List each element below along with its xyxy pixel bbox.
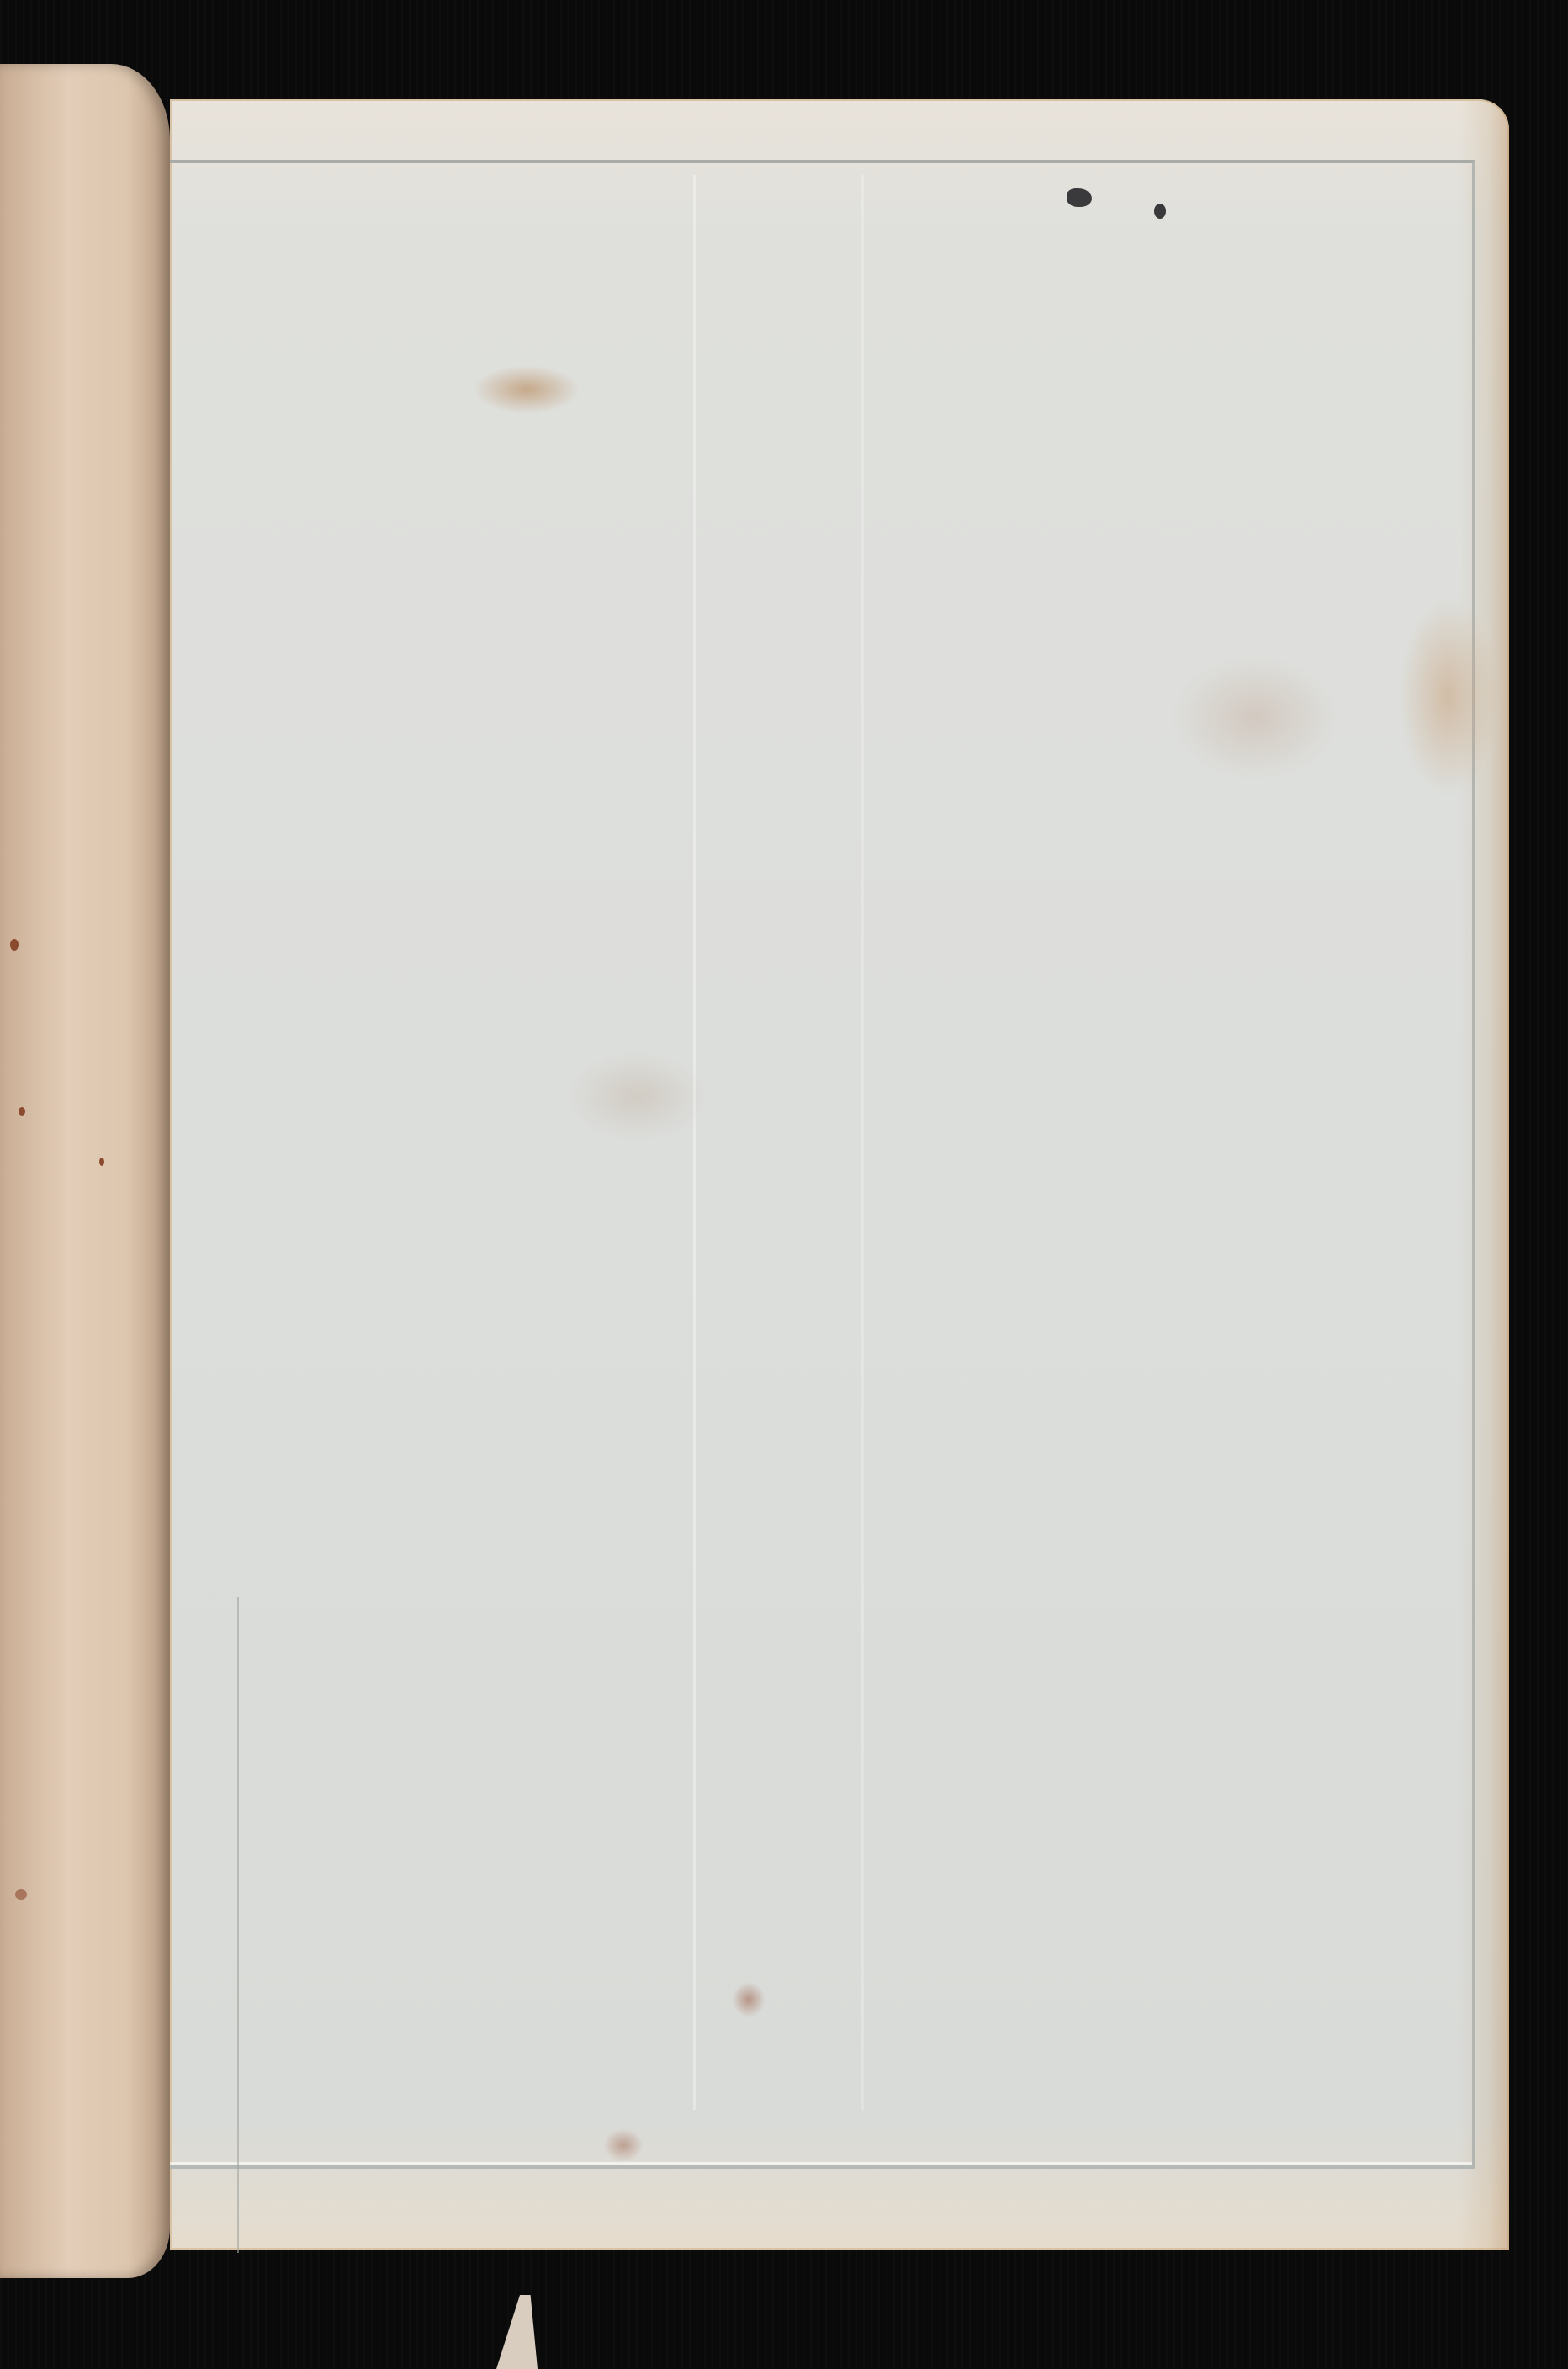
book-page <box>170 99 1509 2250</box>
show-through-mark <box>1171 655 1339 781</box>
foxing-spot <box>19 1107 25 1116</box>
inner-plate-line <box>237 1597 239 2253</box>
brown-stain <box>473 365 580 414</box>
plate-mark-border <box>170 160 1475 2169</box>
ink-spot <box>1154 204 1166 219</box>
foxing-spot <box>10 939 19 951</box>
faint-stain <box>565 1050 708 1142</box>
vertical-crease <box>861 175 864 2110</box>
foxing-spot <box>99 1158 104 1166</box>
facing-page-spine <box>0 64 170 2278</box>
vertical-crease <box>693 175 696 2110</box>
foxing-spot <box>15 1889 27 1900</box>
foxing-spot <box>603 2128 644 2162</box>
ink-spot <box>1067 188 1092 207</box>
edge-stain <box>1398 596 1499 798</box>
foxing-spot <box>732 1982 765 2017</box>
